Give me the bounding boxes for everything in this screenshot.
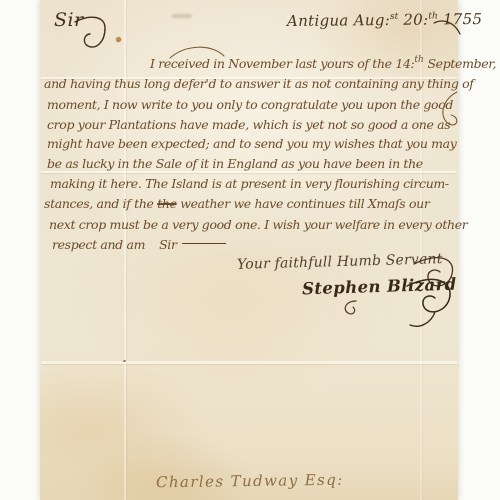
body-line-8: stances, and if the the weather we have … (44, 196, 430, 211)
salutation-pen-flourish (72, 12, 117, 57)
date-day: 20: (398, 11, 428, 29)
body-line-10-sir: Sir (159, 237, 177, 252)
body-line-1-text-end: September, (424, 56, 496, 71)
body-line-9: next crop must be a very good one. I wis… (49, 217, 467, 232)
body-line-1-text: I received in November last yours of the… (150, 56, 414, 71)
body-line-6: be as lucky in the Sale of it in England… (47, 156, 423, 171)
body-line-5: might have been expected; and to send yo… (47, 136, 457, 151)
body-line-8-text: stances, and if the (44, 196, 157, 211)
body-line-1-superscript: th (414, 55, 423, 65)
signature-pen-flourish (405, 268, 460, 333)
body-line-3: moment, I now write to you only to congr… (47, 97, 453, 112)
ink-speck (123, 360, 126, 362)
body-line-10-text: respect and am (52, 237, 145, 252)
strikethrough-word: the (157, 196, 176, 211)
body-line-2: and having thus long defer'd to answer i… (44, 76, 474, 91)
signature-small-curl (340, 298, 362, 318)
date-pen-flourish (432, 17, 462, 39)
scan-background: Sir Antigua Aug:st 20:th 1755 I received… (0, 0, 500, 500)
body-line-8-text-end: weather we have continues till Xmaſs our (177, 196, 430, 211)
body-line-10: respect and amSir (52, 237, 226, 252)
pen-stroke-dash (182, 243, 226, 244)
margin-pen-curl (433, 90, 463, 136)
faint-smudge (172, 14, 192, 18)
date-place-month: Antigua Aug: (287, 11, 390, 30)
date-superscript-st: st (390, 12, 398, 22)
body-line-1: I received in November last yours of the… (150, 56, 496, 71)
body-line-4: crop your Plantations have made, which i… (47, 117, 450, 132)
fold-crease-horizontal-middle (41, 171, 457, 173)
body-line-7: making it here. The Island is at present… (50, 176, 449, 191)
fold-crease-horizontal-lower (41, 361, 457, 364)
address-line: Charles Tudway Esq: (156, 471, 344, 492)
